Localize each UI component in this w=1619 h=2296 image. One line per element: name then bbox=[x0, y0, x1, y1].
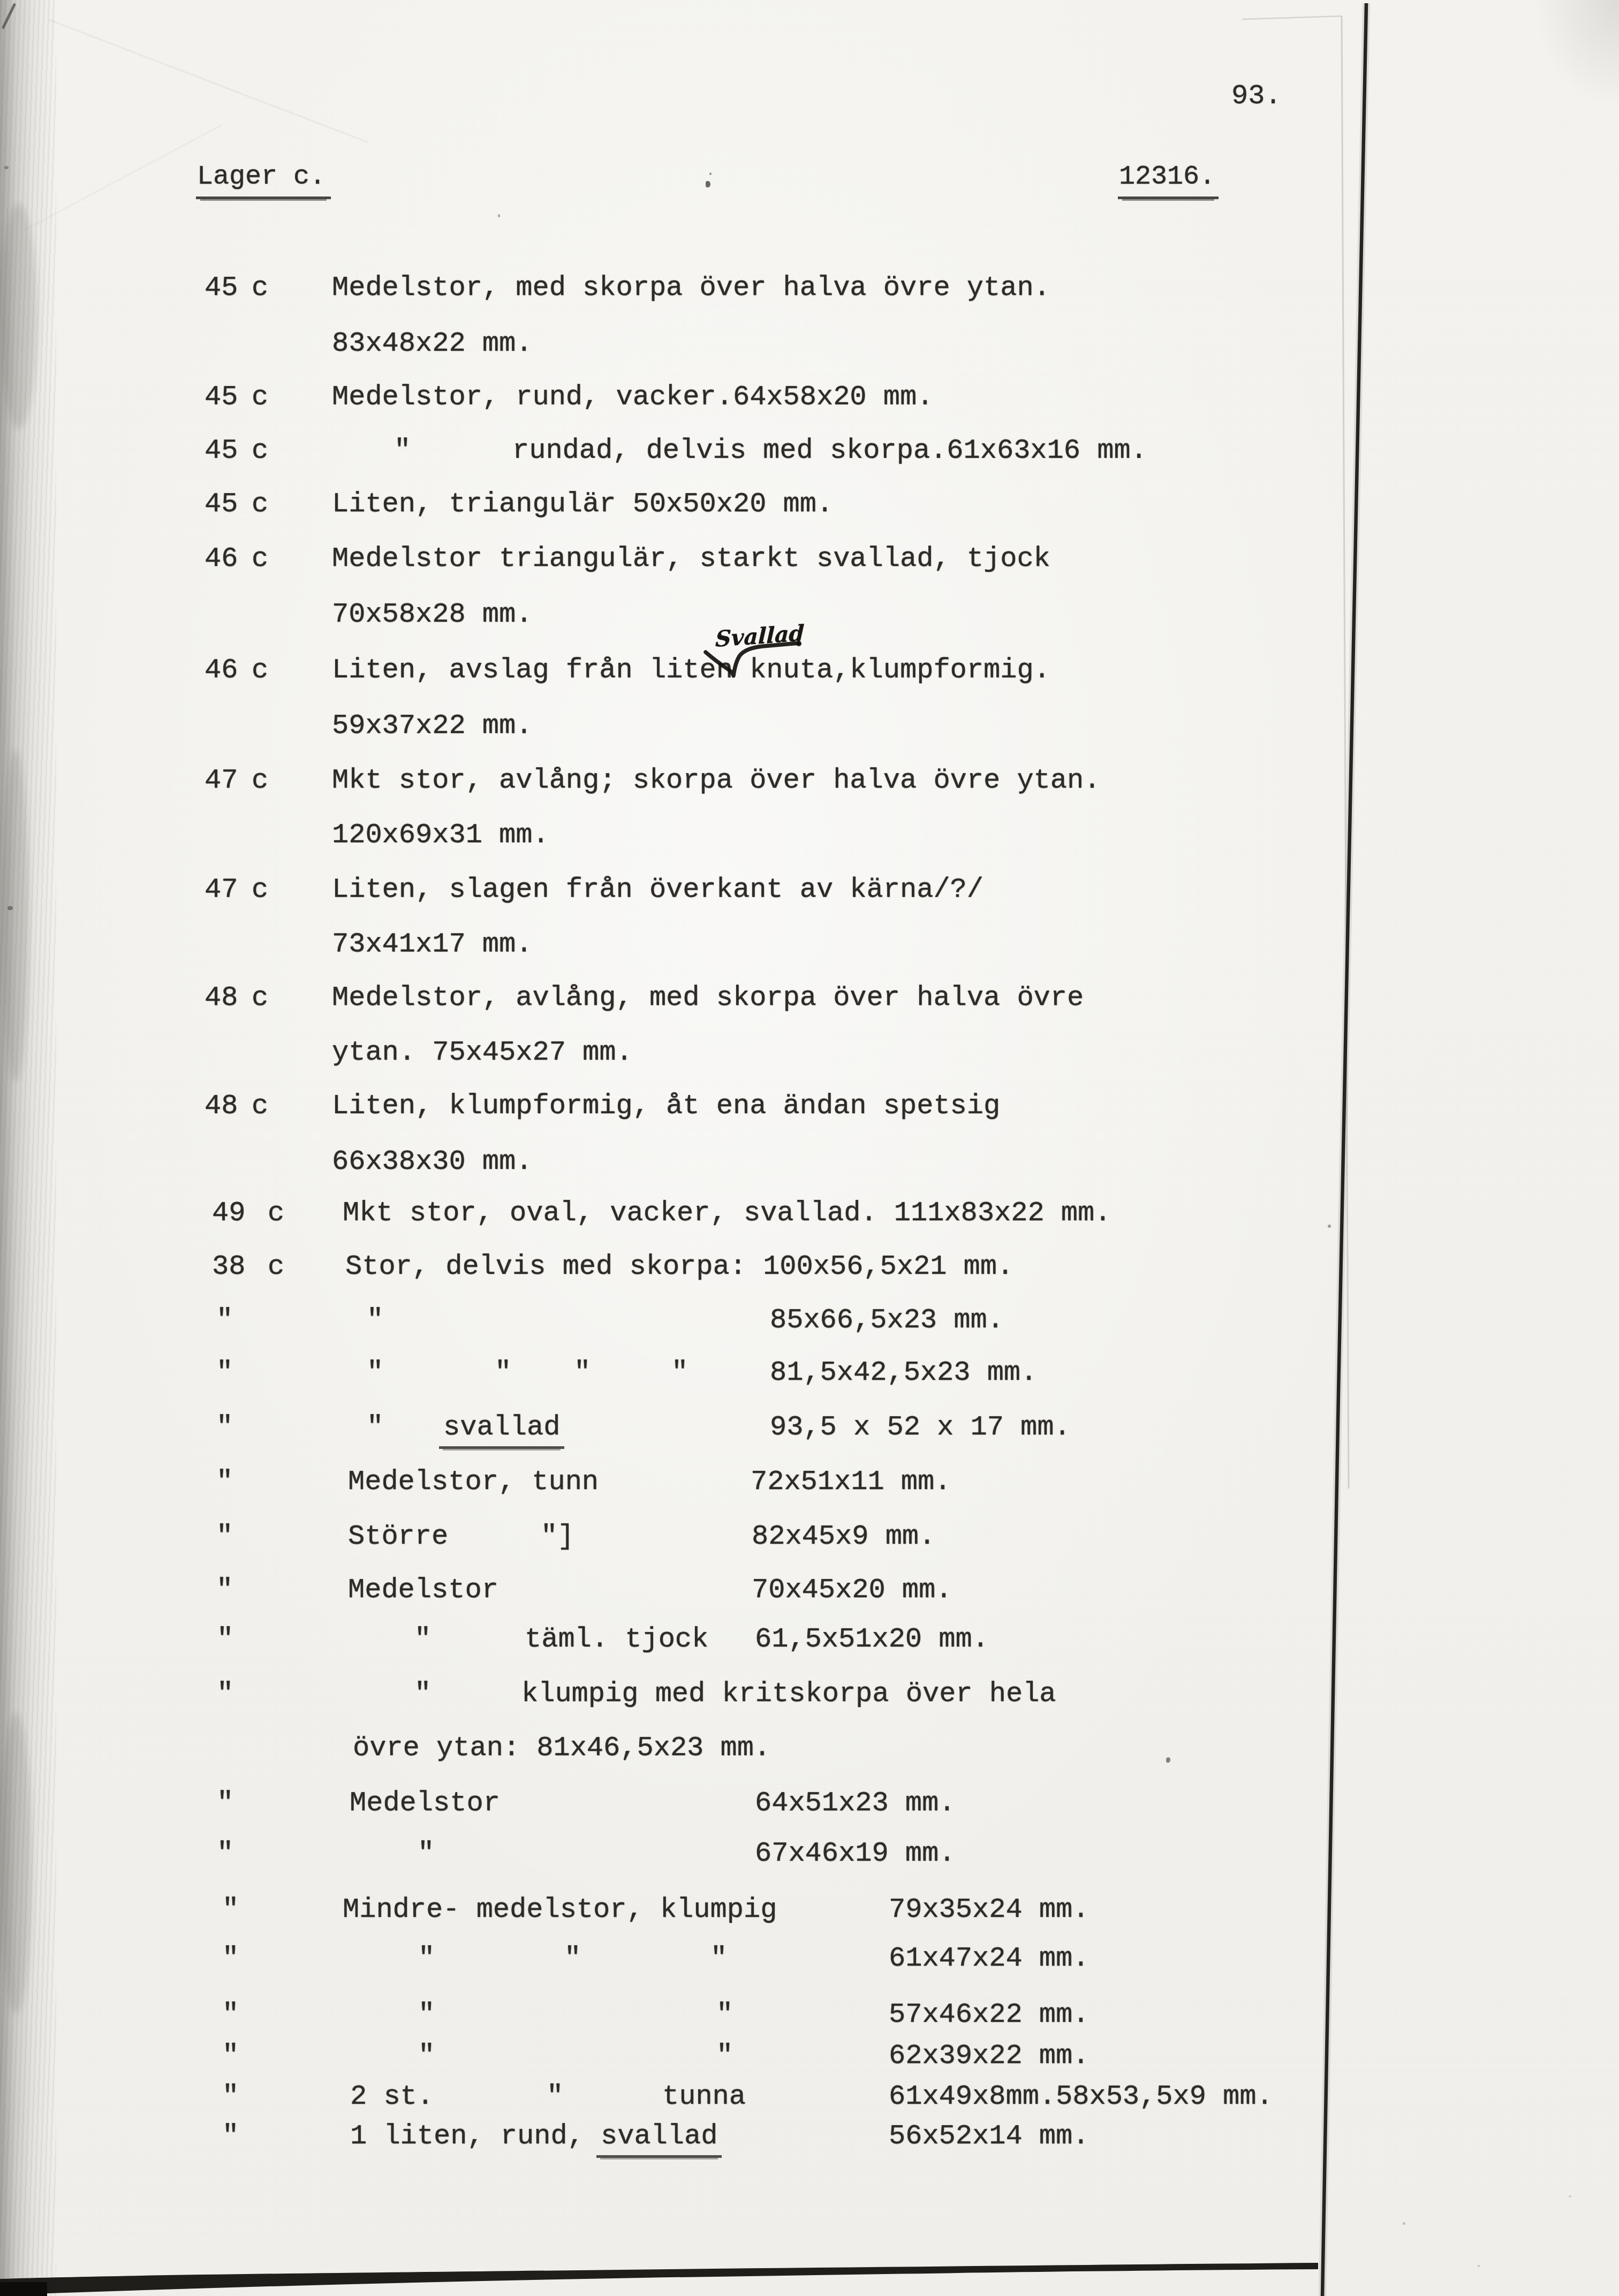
document-line: ""klumpig med kritskorpa över hela bbox=[0, 1678, 1619, 1712]
text-segment: 66x38x30 mm. bbox=[332, 1146, 532, 1178]
text-segment: " bbox=[222, 1999, 239, 2031]
text-segment: 61,5x51x20 mm. bbox=[755, 1623, 989, 1656]
document-line: "1 liten, rund,svallad56x52x14 mm. bbox=[0, 2120, 1619, 2155]
text-segment: c bbox=[252, 765, 268, 797]
text-segment: 45 bbox=[205, 488, 238, 520]
document-line: övre ytan: 81x46,5x23 mm. bbox=[0, 1732, 1619, 1766]
text-segment: 67x46x19 mm. bbox=[755, 1838, 955, 1870]
text-segment: " bbox=[418, 1838, 434, 1870]
text-segment: " bbox=[367, 1357, 383, 1389]
document-line: 48cMedelstor, avlång, med skorpa över ha… bbox=[0, 982, 1619, 1016]
text-segment: 2 st. bbox=[350, 2081, 434, 2113]
document-line: 46cMedelstor triangulär, starkt svallad,… bbox=[0, 543, 1619, 577]
text-segment: " bbox=[495, 1357, 511, 1389]
document-line: 120x69x31 mm. bbox=[0, 819, 1619, 854]
document-line: 47cLiten, slagen från överkant av kärna/… bbox=[0, 874, 1619, 908]
text-segment: " bbox=[222, 1943, 239, 1975]
text-segment: Liten, slagen från överkant av kärna/?/ bbox=[332, 874, 983, 906]
text-segment: 49 bbox=[212, 1197, 245, 1229]
document-line: ""67x46x19 mm. bbox=[0, 1838, 1619, 1872]
text-segment: 46 bbox=[205, 654, 238, 686]
ink-speck bbox=[709, 172, 712, 175]
document-line: 73x41x17 mm. bbox=[0, 928, 1619, 963]
text-segment: " bbox=[216, 1574, 233, 1606]
text-segment: Mkt stor, oval, vacker, svallad. 111x83x… bbox=[343, 1197, 1111, 1229]
text-segment: "] bbox=[541, 1521, 574, 1553]
document-line: 83x48x22 mm. bbox=[0, 328, 1619, 362]
text-segment: 120x69x31 mm. bbox=[332, 819, 549, 851]
document-page: 93. Lager c. 12316. 45cMedelstor, med sk… bbox=[0, 0, 1619, 2296]
document-line: 47cMkt stor, avlång; skorpa över halva ö… bbox=[0, 765, 1619, 799]
text-segment: " bbox=[217, 1678, 233, 1710]
text-segment: " bbox=[216, 1304, 233, 1336]
text-segment: c bbox=[252, 381, 268, 413]
page-number: 93. bbox=[1231, 80, 1282, 112]
text-segment: " bbox=[367, 1411, 383, 1444]
text-segment: " bbox=[222, 2120, 239, 2152]
ink-speck bbox=[7, 906, 13, 910]
text-segment: täml. tjock bbox=[525, 1623, 708, 1656]
text-segment: c bbox=[252, 874, 268, 906]
text-segment: rundad, delvis med skorpa.61x63x16 mm. bbox=[512, 435, 1147, 467]
ink-speck bbox=[1328, 1225, 1331, 1228]
document-line: """""81,5x42,5x23 mm. bbox=[0, 1357, 1619, 1391]
document-line: 48cLiten, klumpformig, åt ena ändan spet… bbox=[0, 1090, 1619, 1124]
text-segment: Liten, triangulär 50x50x20 mm. bbox=[332, 488, 833, 520]
text-segment: klumpig med kritskorpa över hela bbox=[521, 1678, 1056, 1710]
text-segment: " bbox=[216, 1411, 233, 1444]
document-line: """57x46x22 mm. bbox=[0, 1999, 1619, 2033]
text-segment: " bbox=[418, 2040, 435, 2072]
ink-speck bbox=[706, 181, 710, 187]
document-line: 38cStor, delvis med skorpa: 100x56,5x21 … bbox=[0, 1251, 1619, 1285]
text-segment: c bbox=[252, 488, 268, 520]
document-line: 49cMkt stor, oval, vacker, svallad. 111x… bbox=[0, 1197, 1619, 1232]
ink-speck bbox=[1403, 2222, 1405, 2225]
text-segment: 83x48x22 mm. bbox=[332, 328, 532, 360]
text-segment: Medelstor, med skorpa över halva övre yt… bbox=[332, 272, 1050, 304]
ink-speck bbox=[1569, 2195, 1571, 2197]
document-line: 59x37x22 mm. bbox=[0, 710, 1619, 744]
text-segment: " bbox=[574, 1357, 591, 1389]
text-segment: Medelstor, avlång, med skorpa över halva… bbox=[332, 982, 1084, 1014]
text-segment: " bbox=[216, 1357, 233, 1389]
text-segment: 85x66,5x23 mm. bbox=[770, 1304, 1004, 1336]
document-line: "Medelstor70x45x20 mm. bbox=[0, 1574, 1619, 1608]
text-segment: Liten, klumpformig, åt ena ändan spetsig bbox=[332, 1090, 1000, 1122]
document-line: 45c"rundad, delvis med skorpa.61x63x16 m… bbox=[0, 435, 1619, 469]
text-segment: 45 bbox=[205, 272, 238, 304]
text-segment: tunna bbox=[662, 2081, 746, 2113]
text-segment: " bbox=[418, 1943, 435, 1975]
ink-speck bbox=[4, 166, 9, 169]
document-line: ""85x66,5x23 mm. bbox=[0, 1304, 1619, 1339]
text-segment: " bbox=[222, 1894, 239, 1926]
text-segment: 48 bbox=[205, 982, 238, 1014]
document-line: 70x58x28 mm. bbox=[0, 599, 1619, 633]
text-segment: 56x52x14 mm. bbox=[889, 2120, 1089, 2152]
underlined-text-segment: svallad bbox=[439, 1411, 564, 1449]
text-segment: " bbox=[418, 1999, 435, 2031]
document-line: "Medelstor64x51x23 mm. bbox=[0, 1787, 1619, 1822]
text-segment: Medelstor triangulär, starkt svallad, tj… bbox=[332, 543, 1050, 575]
text-segment: " bbox=[547, 2081, 563, 2113]
text-segment: Liten, avslag från liten knuta,klumpform… bbox=[332, 654, 1050, 686]
page-title: Lager c. bbox=[196, 162, 331, 199]
document-line: 45cLiten, triangulär 50x50x20 mm. bbox=[0, 488, 1619, 523]
text-segment: " bbox=[414, 1678, 431, 1710]
text-segment: " bbox=[716, 1999, 733, 2031]
text-segment: 64x51x23 mm. bbox=[755, 1787, 955, 1819]
text-segment: övre ytan: 81x46,5x23 mm. bbox=[353, 1732, 770, 1764]
bottom-scan-smear bbox=[0, 2263, 1318, 2295]
document-line: "Medelstor, tunn72x51x11 mm. bbox=[0, 1466, 1619, 1500]
document-line: 45cMedelstor, rund, vacker.64x58x20 mm. bbox=[0, 381, 1619, 416]
document-line: "2 st."tunna61x49x8mm.58x53,5x9 mm. bbox=[0, 2081, 1619, 2115]
text-segment: c bbox=[252, 272, 268, 304]
text-segment: " bbox=[710, 1943, 727, 1975]
text-segment: Stor, delvis med skorpa: 100x56,5x21 mm. bbox=[345, 1251, 1013, 1283]
document-line: 46cLiten, avslag från liten knuta,klumpf… bbox=[0, 654, 1619, 689]
document-number: 12316. bbox=[1118, 162, 1219, 199]
text-segment: 81,5x42,5x23 mm. bbox=[770, 1357, 1037, 1389]
text-segment: 79x35x24 mm. bbox=[889, 1894, 1089, 1926]
text-segment: Medelstor bbox=[350, 1787, 500, 1819]
ink-speck bbox=[1478, 2265, 1480, 2267]
text-segment: 47 bbox=[205, 874, 238, 906]
underlined-text-segment: svallad bbox=[596, 2120, 722, 2158]
text-segment: 48 bbox=[205, 1090, 238, 1122]
text-segment: " bbox=[414, 1623, 431, 1656]
document-line: ""svallad93,5 x 52 x 17 mm. bbox=[0, 1411, 1619, 1446]
text-segment: " bbox=[564, 1943, 581, 1975]
text-segment: 38 bbox=[212, 1251, 245, 1283]
text-segment: " bbox=[217, 1787, 233, 1819]
bottom-corner-blot bbox=[0, 2282, 47, 2296]
text-segment: " bbox=[671, 1357, 688, 1389]
text-segment: 46 bbox=[205, 543, 238, 575]
text-segment: 61x47x24 mm. bbox=[889, 1943, 1089, 1975]
text-segment: 82x45x9 mm. bbox=[752, 1521, 935, 1553]
text-segment: 1 liten, rund, bbox=[350, 2120, 584, 2152]
text-segment: Mindre- medelstor, klumpig bbox=[343, 1894, 777, 1926]
text-segment: 59x37x22 mm. bbox=[332, 710, 532, 742]
ink-speck bbox=[498, 214, 500, 217]
text-segment: 73x41x17 mm. bbox=[332, 928, 532, 961]
document-line: """"61x47x24 mm. bbox=[0, 1943, 1619, 1977]
text-segment: c bbox=[268, 1197, 284, 1229]
text-segment: " bbox=[367, 1304, 383, 1336]
text-segment: 45 bbox=[205, 381, 238, 413]
text-segment: 45 bbox=[205, 435, 238, 467]
document-line: 66x38x30 mm. bbox=[0, 1146, 1619, 1180]
text-segment: c bbox=[252, 435, 268, 467]
text-segment: Mkt stor, avlång; skorpa över halva övre… bbox=[332, 765, 1100, 797]
text-segment: Medelstor, rund, vacker.64x58x20 mm. bbox=[332, 381, 933, 413]
text-segment: " bbox=[222, 2081, 239, 2113]
text-segment: c bbox=[268, 1251, 284, 1283]
document-line: "Mindre- medelstor, klumpig79x35x24 mm. bbox=[0, 1894, 1619, 1928]
document-line: ytan. 75x45x27 mm. bbox=[0, 1037, 1619, 1071]
insertion-caret-mark bbox=[703, 640, 805, 683]
text-segment: c bbox=[252, 1090, 268, 1122]
text-segment: c bbox=[252, 982, 268, 1014]
text-segment: " bbox=[394, 435, 411, 467]
text-segment: 70x45x20 mm. bbox=[752, 1574, 952, 1606]
text-segment: " bbox=[216, 1466, 233, 1498]
document-line: "Större"]82x45x9 mm. bbox=[0, 1521, 1619, 1555]
text-segment: ytan. 75x45x27 mm. bbox=[332, 1037, 633, 1069]
text-segment: Medelstor, tunn bbox=[348, 1466, 599, 1498]
text-segment: " bbox=[216, 1521, 233, 1553]
text-segment: Medelstor bbox=[348, 1574, 498, 1606]
text-segment: " bbox=[716, 2040, 733, 2072]
text-segment: 72x51x11 mm. bbox=[751, 1466, 951, 1498]
text-segment: 93,5 x 52 x 17 mm. bbox=[770, 1411, 1071, 1444]
text-segment: " bbox=[217, 1838, 233, 1870]
document-line: """62x39x22 mm. bbox=[0, 2040, 1619, 2074]
document-line: ""täml. tjock61,5x51x20 mm. bbox=[0, 1623, 1619, 1658]
text-segment: 57x46x22 mm. bbox=[889, 1999, 1089, 2031]
text-segment: 62x39x22 mm. bbox=[889, 2040, 1089, 2072]
text-segment: 47 bbox=[205, 765, 238, 797]
text-segment: Större bbox=[348, 1521, 448, 1553]
text-segment: c bbox=[252, 543, 268, 575]
document-line: 45cMedelstor, med skorpa över halva övre… bbox=[0, 272, 1619, 306]
text-segment: " bbox=[222, 2040, 239, 2072]
text-segment: 70x58x28 mm. bbox=[332, 599, 532, 631]
text-segment: " bbox=[217, 1623, 233, 1656]
text-segment: c bbox=[252, 654, 268, 686]
text-segment: 61x49x8mm.58x53,5x9 mm. bbox=[889, 2081, 1273, 2113]
